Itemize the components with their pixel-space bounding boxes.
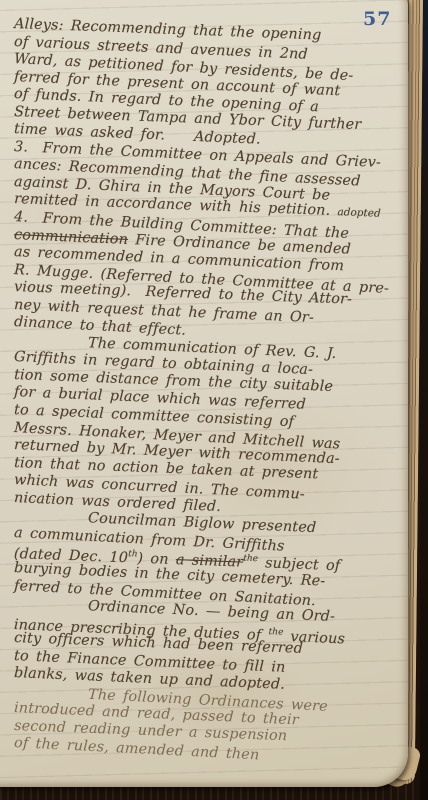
ledger-photo: 57 Alleys: Recommending that the opening… (0, 0, 428, 800)
manuscript-text: Alleys: Recommending that the openingof … (14, 16, 398, 753)
handwritten-text: adopted (337, 207, 381, 221)
inserted-text: th (128, 550, 138, 560)
manuscript-page: 57 Alleys: Recommending that the opening… (0, 0, 408, 787)
inserted-text: the (268, 627, 283, 638)
inserted-text: the (243, 554, 258, 565)
